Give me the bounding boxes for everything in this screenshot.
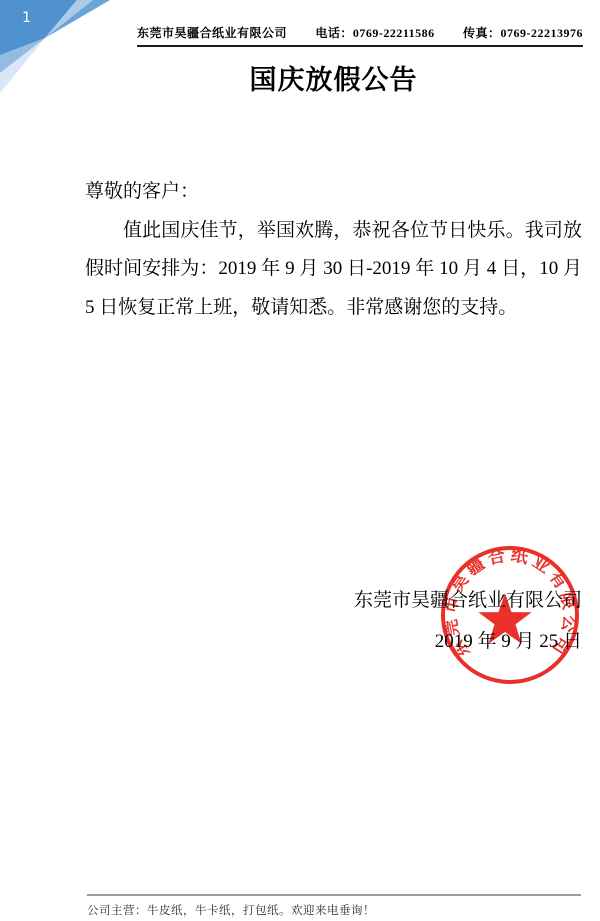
fax-label: 传真： bbox=[463, 26, 501, 40]
footer-divider bbox=[87, 894, 581, 896]
fax-number: 0769-22213976 bbox=[500, 26, 583, 40]
letterhead-company: 东莞市昊疆合纸业有限公司 bbox=[137, 24, 287, 41]
page-number: 1 bbox=[22, 10, 31, 26]
document-page: 1 东莞市昊疆合纸业有限公司 电话：0769-22211586 传真：0769-… bbox=[0, 0, 600, 921]
notice-paragraph: 值此国庆佳节，举国欢腾，恭祝各位节日快乐。我司放假时间安排为：2019 年 9 … bbox=[85, 212, 582, 328]
signature-block: 东莞市昊疆合纸业有限公司 2019 年 9 月 25 日 bbox=[85, 580, 582, 662]
phone-number: 0769-22211586 bbox=[353, 26, 435, 40]
signature-date: 2019 年 9 月 25 日 bbox=[85, 621, 582, 662]
phone-label: 电话： bbox=[315, 26, 353, 40]
notice-body: 尊敬的客户： 值此国庆佳节，举国欢腾，恭祝各位节日快乐。我司放假时间安排为：20… bbox=[85, 173, 582, 327]
triangle-main bbox=[0, 0, 77, 55]
signature-company: 东莞市昊疆合纸业有限公司 bbox=[85, 580, 582, 621]
notice-title: 国庆放假公告 bbox=[85, 58, 582, 97]
letterhead-fax: 传真：0769-22213976 bbox=[463, 24, 583, 41]
footer-business-scope: 公司主营：牛皮纸，牛卡纸，打包纸。欢迎来电垂询！ bbox=[87, 902, 581, 918]
letterhead: 东莞市昊疆合纸业有限公司 电话：0769-22211586 传真：0769-22… bbox=[137, 24, 583, 47]
letterhead-phone: 电话：0769-22211586 bbox=[315, 24, 434, 41]
salutation: 尊敬的客户： bbox=[85, 173, 582, 212]
